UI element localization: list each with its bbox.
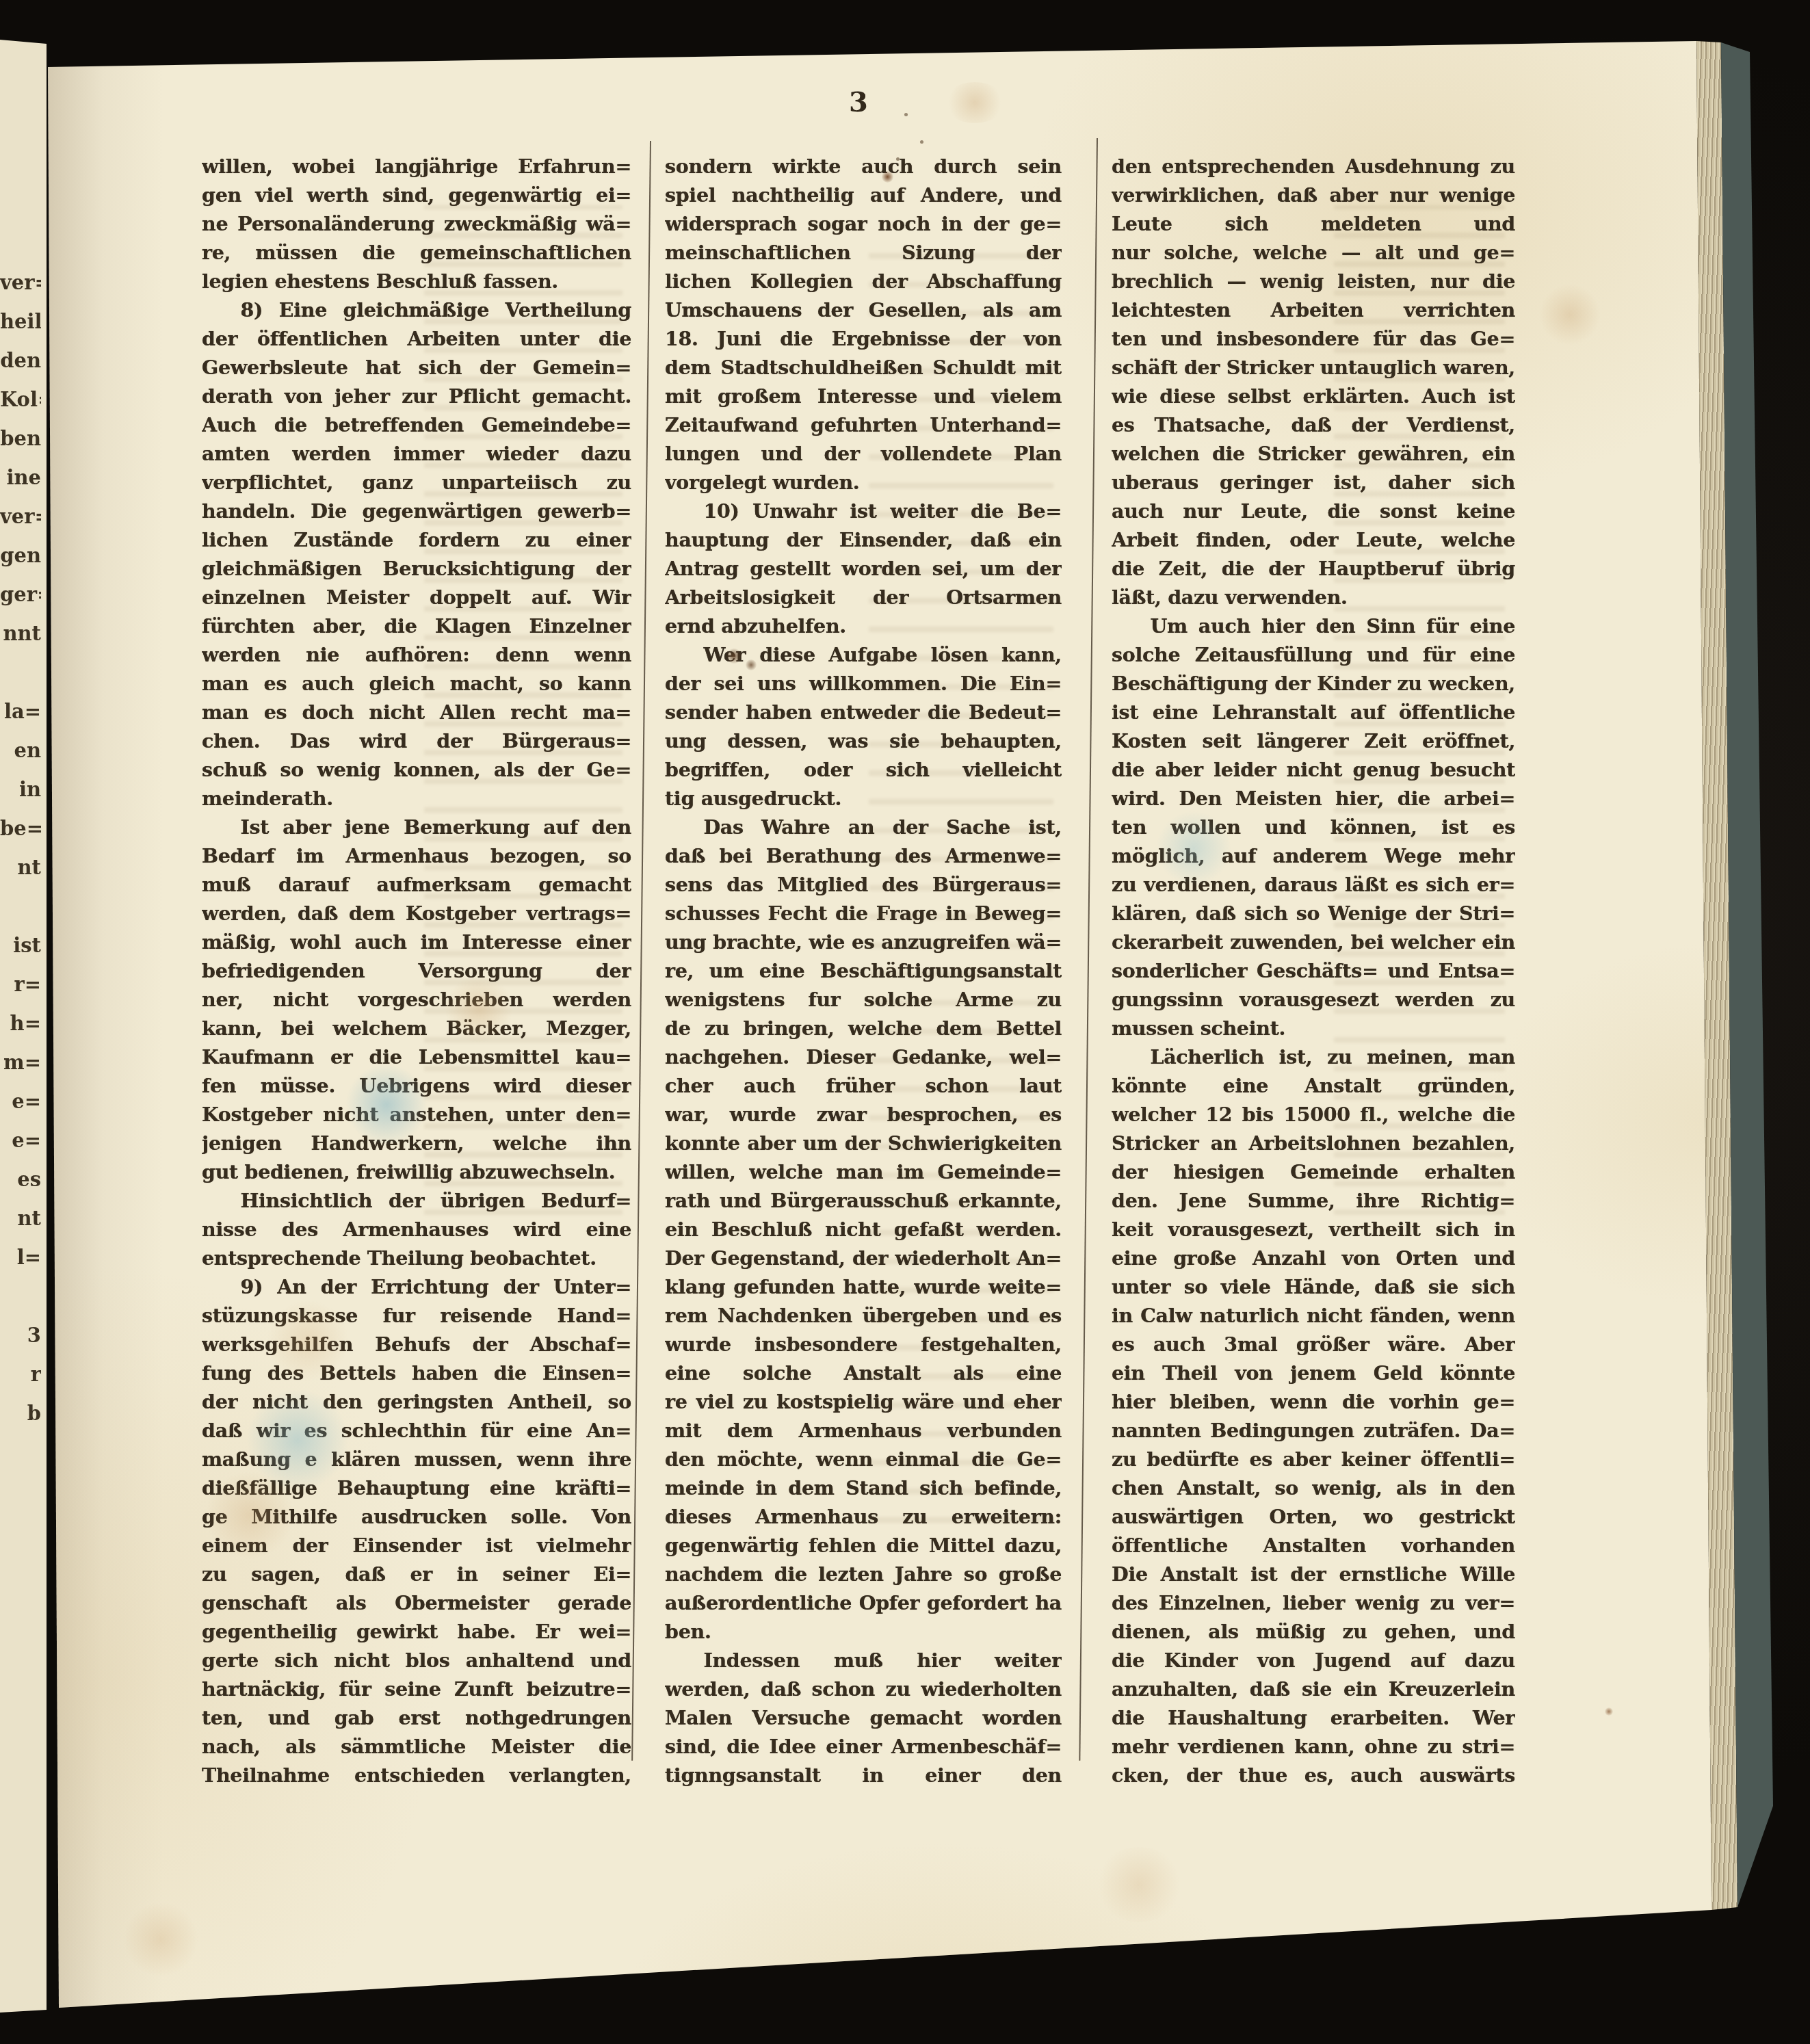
dirt-speck bbox=[920, 140, 923, 144]
text-line: welcher 12 bis 15000 fl., welche die bbox=[1112, 1100, 1515, 1129]
text-line: nach, als sämmtliche Meister die bbox=[202, 1732, 631, 1761]
text-line: keit vorausgesezt, vertheilt sich in bbox=[1112, 1215, 1515, 1244]
text-line: die Zeit, die der Hauptberuf übrig bbox=[1112, 554, 1515, 583]
cutoff-text-fragments: ver=heildenKol=beninever=genger=nnt la=e… bbox=[0, 263, 41, 1433]
text-line: nachgehen. Dieser Gedanke, wel= bbox=[665, 1043, 1062, 1071]
text-line: stüzungskasse fur reisende Hand= bbox=[202, 1301, 631, 1330]
cutoff-line-fragment: ver= bbox=[0, 497, 41, 536]
text-line: sender haben entweder die Bedeut= bbox=[665, 698, 1062, 726]
text-line: ten, und gab erst nothgedrungen bbox=[202, 1703, 631, 1732]
text-line: Kaufmann er die Lebensmittel kau= bbox=[202, 1043, 631, 1071]
text-line: ung brachte, wie es anzugreifen wä= bbox=[665, 928, 1062, 956]
cutoff-line-fragment: gen bbox=[0, 536, 41, 575]
foxing-patch bbox=[1094, 1847, 1183, 1922]
text-line: läßt, dazu verwenden. bbox=[1112, 583, 1515, 612]
text-line: tig ausgedruckt. bbox=[665, 784, 1062, 813]
text-line: gen viel werth sind, gegenwärtig ei= bbox=[202, 181, 631, 209]
text-line: meinschaftlichen Sizung der bürger= bbox=[665, 238, 1062, 267]
text-line: dienen, als müßig zu gehen, und bbox=[1112, 1617, 1515, 1646]
text-line: ne Personaländerung zweckmäßig wä= bbox=[202, 209, 631, 238]
text-line: tignngsanstalt in einer den Umstän= bbox=[665, 1761, 1062, 1790]
text-line: widersprach sogar noch in der ge= bbox=[665, 209, 1062, 238]
text-line: hauptung der Einsender, daß ein bbox=[665, 525, 1062, 554]
text-line: entsprechende Theilung beobachtet. bbox=[202, 1244, 631, 1272]
dirt-speck bbox=[896, 157, 900, 161]
text-line: Bedarf im Armenhaus bezogen, so bbox=[202, 841, 631, 870]
text-line: nur solche, welche — alt und ge= bbox=[1112, 238, 1515, 267]
text-line: muß darauf aufmerksam gemacht bbox=[202, 870, 631, 899]
cutoff-line-fragment: ist bbox=[0, 926, 41, 965]
brown-spot bbox=[726, 648, 742, 664]
text-line: mit dem Armenhaus verbunden wer= bbox=[665, 1416, 1062, 1445]
text-line: Malen Versuche gemacht worden bbox=[665, 1703, 1062, 1732]
text-line: legien ehestens Beschluß fassen. bbox=[202, 267, 631, 296]
text-line: ung dessen, was sie behaupten, nicht bbox=[665, 726, 1062, 755]
text-line: der öffentlichen Arbeiten unter die bbox=[202, 324, 631, 353]
text-line: genschaft als Obermeister gerade bbox=[202, 1588, 631, 1617]
text-line: chen. Das wird der Bürgeraus= bbox=[202, 726, 631, 755]
text-line: ernd abzuhelfen. bbox=[665, 612, 1062, 640]
text-line: meinde in dem Stand sich befinde, bbox=[665, 1473, 1062, 1502]
text-line: zu sagen, daß er in seiner Ei= bbox=[202, 1560, 631, 1588]
text-line: könnte eine Anstalt gründen, mittelst bbox=[1112, 1071, 1515, 1100]
text-line: schuß so wenig konnen, als der Ge= bbox=[202, 755, 631, 784]
cutoff-line-fragment: l= bbox=[0, 1238, 41, 1277]
text-line: dem Stadtschuldheißen Schuldt mit bbox=[665, 353, 1062, 382]
text-line: verpflichtet, ganz unparteiisch zu bbox=[202, 468, 631, 497]
cutoff-line-fragment: nt bbox=[0, 1199, 41, 1238]
text-line: Beschäftigung der Kinder zu wecken, bbox=[1112, 669, 1515, 698]
text-line: ist eine Lehranstalt auf öffentliche bbox=[1112, 698, 1515, 726]
text-line: amten werden immer wieder dazu bbox=[202, 439, 631, 468]
text-line: cher auch früher schon laut geworden bbox=[665, 1071, 1062, 1100]
text-line: mit großem Interesse und vielem bbox=[665, 382, 1062, 410]
text-column-3: den entsprechenden Ausdehnung zuverwirkl… bbox=[1112, 152, 1515, 1790]
text-line: werksgehilfen Behufs der Abschaf= bbox=[202, 1330, 631, 1359]
text-line: Der Gegenstand, der wiederholt An= bbox=[665, 1244, 1062, 1272]
cutoff-line-fragment: nnt bbox=[0, 614, 41, 653]
text-line: Wer diese Aufgabe lösen kann, bbox=[665, 640, 1062, 669]
text-line: daß bei Berathung des Armenwe= bbox=[665, 841, 1062, 870]
text-line: nisse des Armenhauses wird eine bbox=[202, 1215, 631, 1244]
text-line: willen, welche man im Gemeinde= bbox=[665, 1157, 1062, 1186]
text-line: de zu bringen, welche dem Bettel bbox=[665, 1014, 1062, 1043]
cutoff-line-fragment: es bbox=[0, 1160, 41, 1199]
text-line: uberaus geringer ist, daher sich denn bbox=[1112, 468, 1515, 497]
text-line: ner, nicht vorgeschrieben werden bbox=[202, 985, 631, 1014]
foxing-patch bbox=[944, 82, 1006, 123]
text-line: die Haushaltung erarbeiten. Wer bbox=[1112, 1703, 1515, 1732]
text-line: werden, daß schon zu wiederholten bbox=[665, 1675, 1062, 1703]
text-line: lichen Kollegien der Abschaffung des bbox=[665, 267, 1062, 296]
text-line: man es doch nicht Allen recht ma= bbox=[202, 698, 631, 726]
text-line: des Einzelnen, lieber wenig zu ver= bbox=[1112, 1588, 1515, 1617]
column-divider-2 bbox=[1079, 138, 1098, 1761]
text-line: 10) Unwahr ist weiter die Be= bbox=[665, 497, 1062, 525]
text-line: Das Wahre an der Sache ist, bbox=[665, 813, 1062, 841]
text-line: klang gefunden hatte, wurde weite= bbox=[665, 1272, 1062, 1301]
text-line: der sei uns willkommen. Die Ein= bbox=[665, 669, 1062, 698]
cutoff-line-fragment: en bbox=[0, 731, 41, 770]
text-line: nannten Bedingungen zuträfen. Da= bbox=[1112, 1416, 1515, 1445]
text-line: den entsprechenden Ausdehnung zu bbox=[1112, 152, 1515, 181]
text-line: fürchten aber, die Klagen Einzelner bbox=[202, 612, 631, 640]
text-line: zu bedürfte es aber keiner öffentli= bbox=[1112, 1445, 1515, 1473]
text-line: hartnäckig, für seine Zunft beizutre= bbox=[202, 1675, 631, 1703]
text-line: jenigen Handwerkern, welche ihn gleich= bbox=[202, 1129, 631, 1157]
blue-ink-stain bbox=[1156, 811, 1231, 886]
text-line: den. Jene Summe, ihre Richtig= bbox=[1112, 1186, 1515, 1215]
text-line: Hinsichtlich der übrigen Bedurf= bbox=[202, 1186, 631, 1215]
text-line: Leute sich meldeten und insbesondere bbox=[1112, 209, 1515, 238]
text-line: re, um eine Beschäftigungsanstalt bbox=[665, 956, 1062, 985]
text-line: Ist aber jene Bemerkung auf den bbox=[202, 813, 631, 841]
text-line: wurde insbesondere festgehalten, wie bbox=[665, 1330, 1062, 1359]
text-line: die Kinder von Jugend auf dazu bbox=[1112, 1646, 1515, 1675]
text-line: sonderlicher Geschäfts= und Entsa= bbox=[1112, 956, 1515, 985]
text-line: begriffen, oder sich vielleicht unrich= bbox=[665, 755, 1062, 784]
text-line: in Calw naturlich nicht fänden, wenn bbox=[1112, 1301, 1515, 1330]
foxing-patch bbox=[445, 975, 513, 1043]
text-line: klären, daß sich so Wenige der Stri= bbox=[1112, 899, 1515, 928]
foxing-patch bbox=[123, 1902, 198, 1977]
cutoff-line-fragment bbox=[0, 653, 41, 692]
text-line: lungen und der vollendete Plan bbox=[665, 439, 1062, 468]
text-line: 18. Juni die Ergebnisse der von bbox=[665, 324, 1062, 353]
cutoff-line-fragment: la= bbox=[0, 692, 41, 731]
text-line: man es auch gleich macht, so kann bbox=[202, 669, 631, 698]
text-line: werden, daß dem Kostgeber vertrags= bbox=[202, 899, 631, 928]
text-line: ein Theil von jenem Geld könnte bbox=[1112, 1359, 1515, 1387]
cutoff-line-fragment: Kol= bbox=[0, 380, 41, 419]
text-line: Umschauens der Gesellen, als am bbox=[665, 296, 1062, 324]
cutoff-line-fragment: e= bbox=[0, 1121, 41, 1160]
cutoff-line-fragment: ine bbox=[0, 458, 41, 497]
text-line: rath und Bürgerausschuß erkannte, bbox=[665, 1186, 1062, 1215]
text-line: derath von jeher zur Pflicht gemacht. bbox=[202, 382, 631, 410]
text-line: auch nur Leute, die sonst keine bbox=[1112, 497, 1515, 525]
text-line: Theilnahme entschieden verlangten, bbox=[202, 1761, 631, 1790]
cutoff-line-fragment: 3 bbox=[0, 1316, 41, 1355]
text-line: es Thatsache, daß der Verdienst, bbox=[1112, 410, 1515, 439]
text-line: gungssinn vorausgesezt werden zu bbox=[1112, 985, 1515, 1014]
text-line: kann, bei welchem Bäcker, Mezger, bbox=[202, 1014, 631, 1043]
text-line: rem Nachdenken übergeben und es bbox=[665, 1301, 1062, 1330]
cutoff-line-fragment: be= bbox=[0, 809, 41, 848]
cutoff-line-fragment: b bbox=[0, 1394, 41, 1433]
cutoff-line-fragment: h= bbox=[0, 1004, 41, 1043]
text-line: den möchte, wenn einmal die Ge= bbox=[665, 1445, 1062, 1473]
text-line: dieses Armenhaus zu erweitern: denn bbox=[665, 1502, 1062, 1531]
text-line: Lächerlich ist, zu meinen, man bbox=[1112, 1043, 1515, 1071]
text-line: die aber leider nicht genug besucht bbox=[1112, 755, 1515, 784]
brown-spot bbox=[882, 171, 893, 183]
text-line: Antrag gestellt worden sei, um der bbox=[665, 554, 1062, 583]
text-line: der hiesigen Gemeinde erhalten wür= bbox=[1112, 1157, 1515, 1186]
text-line: öffentliche Anstalten vorhanden sind. bbox=[1112, 1531, 1515, 1560]
text-line: einzelnen Meister doppelt auf. Wir bbox=[202, 583, 631, 612]
text-line: außerordentliche Opfer gefordert ha bbox=[665, 1588, 1062, 1617]
text-line: konnte aber um der Schwierigkeiten bbox=[665, 1129, 1062, 1157]
text-line: Arbeit finden, oder Leute, welche bbox=[1112, 525, 1515, 554]
text-line: gegentheilig gewirkt habe. Er wei= bbox=[202, 1617, 631, 1646]
cutoff-line-fragment: den bbox=[0, 341, 41, 380]
brown-spot bbox=[1605, 1707, 1613, 1716]
text-line: nachdem die lezten Jahre so große bbox=[665, 1560, 1062, 1588]
cutoff-line-fragment: m= bbox=[0, 1043, 41, 1082]
text-line: solche Zeitausfüllung und für eine bbox=[1112, 640, 1515, 669]
cutoff-line-fragment bbox=[0, 887, 41, 926]
text-line: sondern wirkte auch durch sein Bei= bbox=[665, 152, 1062, 181]
dirt-speck bbox=[904, 113, 908, 116]
cutoff-line-fragment: r= bbox=[0, 965, 41, 1004]
foxing-patch bbox=[267, 1300, 349, 1382]
text-line: verwirklichen, daß aber nur wenige bbox=[1112, 181, 1515, 209]
text-line: unter so viele Hände, daß sie sich bbox=[1112, 1272, 1515, 1301]
text-line: wie diese selbst erklärten. Auch ist bbox=[1112, 382, 1515, 410]
blue-ink-stain bbox=[345, 1064, 428, 1146]
foxing-patch bbox=[1539, 284, 1601, 345]
text-line: willen, wobei langjährige Erfahrun= bbox=[202, 152, 631, 181]
text-line: brechlich — wenig leisten, nur die bbox=[1112, 267, 1515, 296]
text-line: Die Anstalt ist der ernstliche Wille bbox=[1112, 1560, 1515, 1588]
cutoff-line-fragment: in bbox=[0, 770, 41, 809]
text-line: fung des Bettels haben die Einsen= bbox=[202, 1359, 631, 1387]
page-number: 3 bbox=[807, 86, 910, 118]
text-line: es auch 3mal größer wäre. Aber bbox=[1112, 1330, 1515, 1359]
cutoff-line-fragment: e= bbox=[0, 1082, 41, 1121]
text-line: mehr verdienen kann, ohne zu stri= bbox=[1112, 1732, 1515, 1761]
text-line: befriedigenden Versorgung der Pfründ= bbox=[202, 956, 631, 985]
text-line: eine große Anzahl von Orten und bbox=[1112, 1244, 1515, 1272]
text-line: Indessen muß hier weiter bemerkt bbox=[665, 1646, 1062, 1675]
newspaper-page: 3 willen, wobei langjährige Erfahrun=gen… bbox=[0, 0, 1810, 2044]
foxing-patch bbox=[205, 1471, 294, 1560]
text-line: schusses Fecht die Frage in Beweg= bbox=[665, 899, 1062, 928]
cutoff-line-fragment: ben bbox=[0, 419, 41, 458]
text-line: gegenwärtig fehlen die Mittel dazu, bbox=[665, 1531, 1062, 1560]
cutoff-line-fragment: heil bbox=[0, 302, 41, 341]
cutoff-line-fragment bbox=[0, 1277, 41, 1316]
cutoff-line-fragment: ger= bbox=[0, 575, 41, 614]
text-line: wenigstens fur solche Arme zu Stan= bbox=[665, 985, 1062, 1014]
text-line: Stricker an Arbeitslohnen bezahlen, bbox=[1112, 1129, 1515, 1157]
text-line: schäft der Stricker untauglich waren, bbox=[1112, 353, 1515, 382]
text-line: gerte sich nicht blos anhaltend und bbox=[202, 1646, 631, 1675]
text-line: Gewerbsleute hat sich der Gemein= bbox=[202, 353, 631, 382]
text-line: handeln. Die gegenwärtigen gewerb= bbox=[202, 497, 631, 525]
text-line: Kosten seit längerer Zeit eröffnet, bbox=[1112, 726, 1515, 755]
text-line: mäßig, wohl auch im Interesse einer bbox=[202, 928, 631, 956]
text-line: Zeitaufwand gefuhrten Unterhand= bbox=[665, 410, 1062, 439]
text-line: wird. Den Meisten hier, die arbei= bbox=[1112, 784, 1515, 813]
text-line: 8) Eine gleichmäßige Vertheilung bbox=[202, 296, 631, 324]
text-line: ckerarbeit zuwenden, bei welcher ein bbox=[1112, 928, 1515, 956]
text-line: re viel zu kostspielig wäre und eher bbox=[665, 1387, 1062, 1416]
text-line: cken, der thue es, auch auswärts bbox=[1112, 1761, 1515, 1790]
book-photograph: ver=heildenKol=beninever=genger=nnt la=e… bbox=[0, 0, 1810, 2044]
text-line: ein Beschluß nicht gefaßt werden. bbox=[665, 1215, 1062, 1244]
text-line: gleichmäßigen Berucksichtigung der bbox=[202, 554, 631, 583]
text-line: werden nie aufhören: denn wenn bbox=[202, 640, 631, 669]
text-line: ben. bbox=[665, 1617, 1062, 1646]
text-line: sind, die Idee einer Armenbeschäf= bbox=[665, 1732, 1062, 1761]
text-column-2: sondern wirkte auch durch sein Bei=spiel… bbox=[665, 152, 1062, 1790]
text-line: lichen Zustände fordern zu einer bbox=[202, 525, 631, 554]
cutoff-line-fragment: nt bbox=[0, 848, 41, 887]
cutoff-line-fragment: r bbox=[0, 1355, 41, 1394]
text-line: Um auch hier den Sinn für eine bbox=[1112, 612, 1515, 640]
text-line: meinderath. bbox=[202, 784, 631, 813]
text-line: chen Anstalt, so wenig, als in den bbox=[1112, 1473, 1515, 1502]
brown-spot bbox=[746, 659, 757, 670]
column-divider-1 bbox=[631, 141, 651, 1761]
text-line: war, wurde zwar besprochen, es bbox=[665, 1100, 1062, 1129]
text-line: vorgelegt wurden. bbox=[665, 468, 1062, 497]
text-line: re, müssen die gemeinschaftlichen Kol= bbox=[202, 238, 631, 267]
text-line: Auch die betreffenden Gemeindebe= bbox=[202, 410, 631, 439]
text-line: gut bedienen, freiwillig abzuwechseln. bbox=[202, 1157, 631, 1186]
text-line: ten und insbesondere für das Ge= bbox=[1112, 324, 1515, 353]
text-line: welchen die Stricker gewähren, ein bbox=[1112, 439, 1515, 468]
text-line: spiel nachtheilig auf Andere, und bbox=[665, 181, 1062, 209]
cutoff-line-fragment: ver= bbox=[0, 263, 41, 302]
text-line: eine solche Anstalt als eine besonde= bbox=[665, 1359, 1062, 1387]
text-line: auswärtigen Orten, wo gestrickt wird, bbox=[1112, 1502, 1515, 1531]
text-line: hier bleiben, wenn die vorhin ge= bbox=[1112, 1387, 1515, 1416]
text-line: leichtesten Arbeiten verrichten konn= bbox=[1112, 296, 1515, 324]
text-line: sens das Mitglied des Bürgeraus= bbox=[665, 870, 1062, 899]
text-line: Arbeitslosigkeit der Ortsarmen dau= bbox=[665, 583, 1062, 612]
text-line: mussen scheint. bbox=[1112, 1014, 1515, 1043]
text-line: 9) An der Errichtung der Unter= bbox=[202, 1272, 631, 1301]
text-line: anzuhalten, daß sie ein Kreuzerlein in bbox=[1112, 1675, 1515, 1703]
